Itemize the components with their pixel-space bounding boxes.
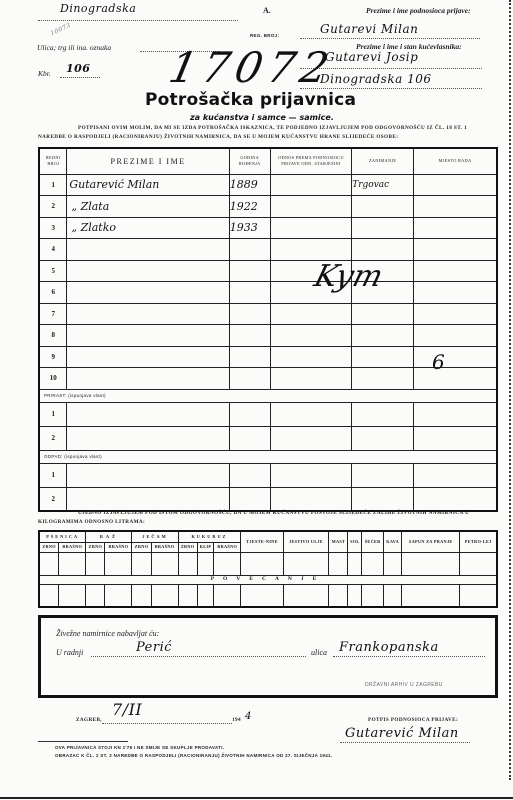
col-mast: MAST (329, 531, 348, 552)
odpad-row: 1 (39, 463, 497, 487)
row-number: 10 (39, 368, 67, 390)
year-prefix: 194 (232, 717, 241, 723)
prirast-label: PRIRAST: (ispunjava vlast) (39, 389, 497, 402)
relation (270, 196, 352, 218)
group-raz: RAŽ (86, 531, 132, 542)
col-kava: KAVA (384, 531, 402, 552)
group-psenica: PŠENICA (39, 531, 86, 542)
person-name (67, 239, 229, 261)
occupation (352, 217, 414, 239)
row-number: 2 (39, 196, 67, 218)
col-petrolej: PETRO-LEJ (460, 531, 497, 552)
street-label: Ulica; trg ili ina. oznaka (37, 43, 111, 52)
table-row: 10 (39, 368, 497, 390)
odpad-section-row: ODPAD: (ispunjava vlast) (39, 450, 497, 463)
person-name: „ Zlatko (67, 217, 229, 239)
relation (270, 174, 352, 196)
document-page: Dinogradska A. Prezime i ime podnosioca … (0, 0, 513, 800)
birth-year (229, 368, 270, 390)
occupation (352, 239, 414, 261)
stock-declaration-2: KILOGRAMIMA ODNOSNO LITRAMA: (38, 519, 145, 525)
signature-line (340, 742, 470, 743)
signature-scribble: Kym (311, 262, 386, 292)
row-number: 8 (39, 325, 67, 347)
prirast-row: 1 (39, 402, 497, 426)
table-row: 6 (39, 282, 497, 304)
row-number: 7 (39, 303, 67, 325)
col-secer: ŠEĆER (362, 531, 384, 552)
table-row: 4 (39, 239, 497, 261)
sub-zrno: ZRNO (86, 542, 105, 552)
workplace (414, 260, 497, 282)
table-row: 3 „ Zlatko 1933 (39, 217, 497, 239)
workplace (414, 368, 497, 390)
occupation (352, 303, 414, 325)
intro-text-1: POTPISANI OVIM MOLIM, DA MI SE IZDA POTR… (78, 125, 508, 131)
row-number: 1 (39, 463, 67, 487)
occupation (352, 368, 414, 390)
owner-handwritten: Gutarevi Josip (325, 50, 418, 64)
sub-zrno: ZRNO (132, 542, 151, 552)
occupation (352, 346, 414, 368)
person-name (67, 346, 229, 368)
year-suffix-handwritten: 4 (245, 711, 252, 722)
stock-header-row-1: PŠENICA RAŽ JEČAM KUKURUZ TJESTE-NINE JE… (39, 531, 497, 542)
section-letter: A. (263, 6, 271, 15)
relation (270, 325, 352, 347)
supply-box: Živežne namirnice nabavljat ću: U radnji… (38, 615, 498, 698)
footer-note-1: OVA PRIJAVNICA STOJI KN 1'75 I NE SMIJE … (55, 745, 224, 750)
margin-mark: 6 (432, 350, 445, 374)
owner-address-handwritten: Dinogradska 106 (320, 72, 431, 86)
street-value: Frankopanska (339, 640, 439, 655)
header-redni-broj: REDNI BROJ (39, 148, 67, 174)
person-name (67, 325, 229, 347)
person-name (67, 282, 229, 304)
kbr-label: Kbr. (38, 69, 51, 78)
table-row: 8 (39, 325, 497, 347)
workplace (414, 239, 497, 261)
row-number: 1 (39, 402, 67, 426)
row-number: 6 (39, 282, 67, 304)
workplace (414, 325, 497, 347)
row-number: 9 (39, 346, 67, 368)
col-tjestenine: TJESTE-NINE (241, 531, 283, 552)
sub-brasno: BRAŠNO (105, 542, 132, 552)
shop-line (91, 656, 306, 657)
table-row: 5 (39, 260, 497, 282)
person-name (67, 303, 229, 325)
row-number: 4 (39, 239, 67, 261)
sub-zrno: ZRNO (178, 542, 197, 552)
birth-year: 1933 (229, 217, 270, 239)
form-subtitle: za kućanstva i samce — samice. (190, 113, 334, 122)
workplace (414, 303, 497, 325)
reg-broj-label: REG. BROJ: (250, 33, 279, 38)
place-label: ZAGREB, (76, 717, 102, 723)
footer-note-2: OBRAZAC K ČL. 2 ST. 2 NAREDBE O RASPODJE… (55, 753, 332, 758)
persons-header-row: REDNI BROJ PREZIME I IME GODINA ROĐENJA … (39, 148, 497, 174)
stock-data-row (39, 552, 497, 575)
col-sapun: SAPUN ZA PRANJE (402, 531, 460, 552)
birth-year: 1922 (229, 196, 270, 218)
row-number: 1 (39, 174, 67, 196)
occupation (352, 196, 414, 218)
perforated-edge (508, 0, 511, 780)
row-number: 2 (39, 426, 67, 450)
shop-label: U radnji (56, 648, 83, 657)
supply-heading: Živežne namirnice nabavljat ću: (56, 629, 159, 638)
stock-increase-row (39, 584, 497, 607)
table-row: 1 Gutarević Milan 1889 Trgovac (39, 174, 497, 196)
city-handwritten: Dinogradska (60, 2, 136, 15)
relation (270, 217, 352, 239)
header-godina-rodjenja: GODINA ROĐENJA (229, 148, 270, 174)
row-number: 3 (39, 217, 67, 239)
person-name (67, 260, 229, 282)
header-mjesto-rada: MJESTO RADA (414, 148, 497, 174)
table-row: 2 „ Zlata 1922 (39, 196, 497, 218)
street-line-box (333, 656, 485, 657)
povecanje-label: POVEĆANJE (39, 575, 497, 584)
archive-stamp: DRŽAVNI ARHIV U ZAGREBU (365, 682, 443, 688)
birth-year (229, 346, 270, 368)
person-name (67, 368, 229, 390)
person-name: „ Zlata (67, 196, 229, 218)
header-zanimanje: ZANIMANJE (352, 148, 414, 174)
sub-brasno: BRAŠNO (59, 542, 86, 552)
occupation: Trgovac (352, 174, 414, 196)
applicant-line (300, 38, 480, 39)
date-handwritten: 7/II (112, 700, 142, 719)
prirast-row: 2 (39, 426, 497, 450)
bottom-edge (0, 797, 513, 799)
workplace (414, 217, 497, 239)
row-number: 5 (39, 260, 67, 282)
applicant-label: Prezime i ime podnosioca prijave: (366, 6, 471, 15)
stock-table: PŠENICA RAŽ JEČAM KUKURUZ TJESTE-NINE JE… (38, 530, 498, 608)
birth-year (229, 325, 270, 347)
relation (270, 303, 352, 325)
table-row: 9 (39, 346, 497, 368)
row-number: 2 (39, 487, 67, 511)
prirast-section-row: PRIRAST: (ispunjava vlast) (39, 389, 497, 402)
applicant-handwritten: Gutarevi Milan (320, 22, 418, 36)
workplace (414, 346, 497, 368)
header-odnos: ODNOS PREMA PODNOSIOCU PRIJAVE ODN. STAR… (270, 148, 352, 174)
birth-year (229, 260, 270, 282)
birth-year (229, 303, 270, 325)
povecanje-row: POVEĆANJE (39, 575, 497, 584)
workplace (414, 282, 497, 304)
sub-zrno: ZRNO (39, 542, 59, 552)
kbr-line (60, 77, 100, 78)
relation (270, 239, 352, 261)
col-sol: SOL (348, 531, 362, 552)
workplace (414, 174, 497, 196)
signature-label: POTPIS PODNOSIOCA PRIJAVE: (368, 717, 458, 723)
occupation (352, 325, 414, 347)
sub-brasno: BRAŠNO (151, 542, 178, 552)
intro-text-2: NAREDBE O RASPODJELI (RACIONIRANJU) ŽIVO… (38, 134, 508, 140)
form-title: Potrošačka prijavnica (145, 90, 356, 110)
birth-year (229, 282, 270, 304)
persons-table: REDNI BROJ PREZIME I IME GODINA ROĐENJA … (38, 147, 498, 512)
relation (270, 368, 352, 390)
sub-brasno: BRAŠNO (214, 542, 241, 552)
faint-stamp: 10073 (50, 22, 73, 37)
group-kukuruz: KUKURUZ (178, 531, 241, 542)
table-row: 7 (39, 303, 497, 325)
footer-divider (38, 741, 128, 742)
col-jestivo-ulje: JESTIVO ULJE (283, 531, 329, 552)
relation (270, 346, 352, 368)
birth-year (229, 239, 270, 261)
header-prezime-ime: PREZIME I IME (67, 148, 229, 174)
reg-number-handwritten: 17072 (165, 46, 338, 90)
stock-declaration-1: UJEDNO IZJAVLJUJEM POD ISTOM ODGOVORNOŠĆ… (78, 510, 469, 516)
group-jecam: JEČAM (132, 531, 178, 542)
person-name: Gutarević Milan (67, 174, 229, 196)
street-label-box: ulica (311, 648, 327, 657)
signature-handwritten: Gutarević Milan (345, 726, 459, 741)
date-line (102, 723, 232, 724)
birth-year: 1889 (229, 174, 270, 196)
odpad-row: 2 (39, 487, 497, 511)
odpad-label: ODPAD: (ispunjava vlast) (39, 450, 497, 463)
shop-value: Perić (136, 640, 172, 655)
kbr-value: 106 (66, 62, 90, 75)
sub-klip: KLIP (197, 542, 214, 552)
workplace (414, 196, 497, 218)
